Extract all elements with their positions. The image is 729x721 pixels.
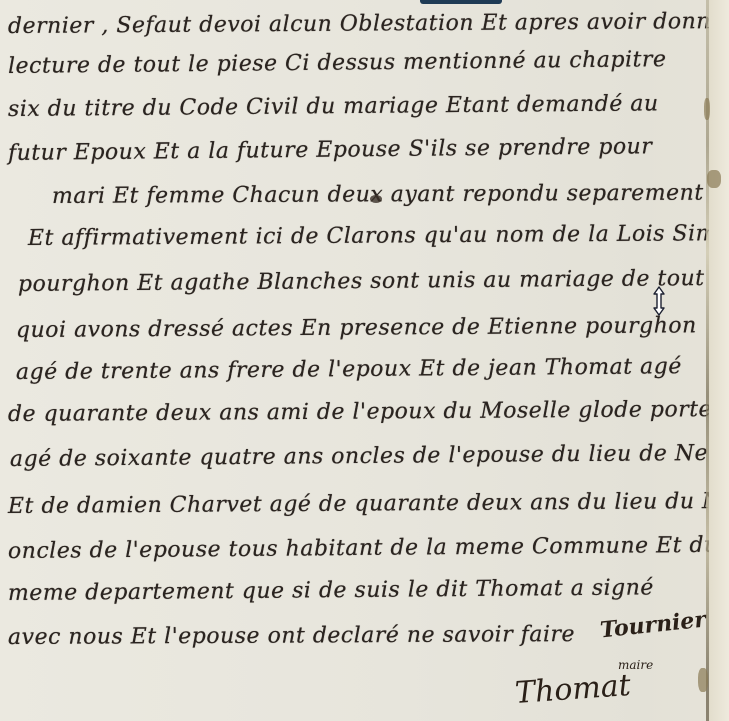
vertical-resize-cursor-icon [652,286,666,316]
manuscript-line: six du titre du Code Civil du mariage Et… [8,91,659,122]
manuscript-page: dernier , Sefaut devoi alcun Oblestation… [0,0,705,721]
signature-witness: Thomat [514,668,632,711]
page-margin [709,0,729,721]
manuscript-line: oncles de l'epouse tous habitant de la m… [8,533,719,564]
ink-blot [370,195,382,203]
manuscript-line: Et de damien Charvet agé de quarante deu… [8,489,729,519]
document-viewer[interactable]: dernier , Sefaut devoi alcun Oblestation… [0,0,729,721]
manuscript-line: Et affirmativement ici de Clarons qu'au … [28,221,729,251]
manuscript-line: avec nous Et l'epouse ont declaré ne sav… [8,622,575,650]
paper-tear [698,668,708,692]
manuscript-line: futur Epoux Et a la future Epouse S'ils … [8,134,653,166]
manuscript-line: pourghon Et agathe Blanches sont unis au… [18,266,705,297]
manuscript-line: lecture de tout le piese Ci dessus menti… [8,47,667,79]
signature-mayor: Tournier [599,607,707,644]
manuscript-line: quoi avons dressé actes En presence de E… [16,313,697,343]
paper-tear [704,98,710,120]
paper-tear [707,170,721,188]
manuscript-line: agé de trente ans frere de l'epoux Et de… [16,354,682,385]
manuscript-line: agé de soixante quatre ans oncles de l'e… [10,441,723,472]
manuscript-line: meme departement que si de suis le dit T… [8,575,654,606]
manuscript-line: dernier , Sefaut devoi alcun Oblestation… [8,9,725,39]
manuscript-line: de quarante deux ans ami de l'epoux du M… [8,397,712,427]
